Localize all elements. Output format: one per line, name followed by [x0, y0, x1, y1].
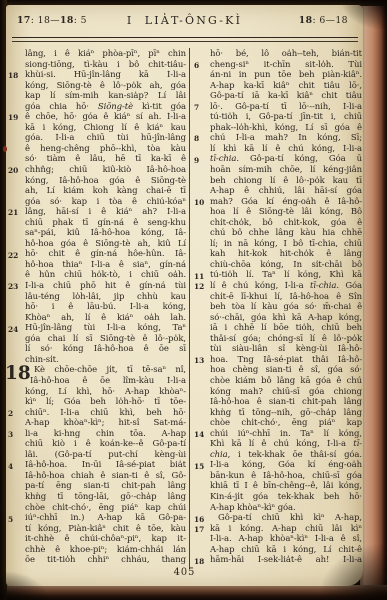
- text-line: li-a ki-hng chin tōa. A-hap: [25, 429, 186, 440]
- text-line: hoa chèng sian-ti ê sî, góa só·: [210, 365, 362, 376]
- photo-corner-shadow: [317, 542, 387, 600]
- text-line: Kin-á-ji̍t góa tek-khak beh hō·: [210, 492, 362, 503]
- verse-number: 5: [8, 515, 25, 525]
- text-line: hoān sím-mih chōe, lí kéng-jiân: [210, 165, 362, 176]
- verse-number: 8: [194, 134, 211, 144]
- verse-number: 2: [8, 409, 25, 419]
- text-line: ê chōe, hō· góa ê kiáⁿ sí ah. Í-li-a: [25, 112, 186, 123]
- text-line: chú bô chhe lâng kàu hia chhē: [210, 228, 362, 239]
- text-line: lí ê chú kóng, Í-li-a tī-chia. Góa: [210, 281, 362, 292]
- book-page: 17: 18—18: 5 I LIA̍T-ÔNG-KÌ 18: 6—18 lân…: [6, 5, 363, 586]
- text-line: A-hap ê chhiú, lâi hāi-sí góa: [210, 186, 362, 197]
- verse-number: 21: [8, 208, 25, 218]
- text-line: ê hûn chiū ho̍k-tò, i chiū oa̍h.: [25, 270, 186, 281]
- text-line: Gô-pa-tí iā ka-kī kiâⁿ chit tiâu: [210, 91, 362, 102]
- text-line: kā i kóng, Chiong lí ê kiáⁿ kau: [25, 123, 186, 134]
- text-column-right: hō· bé, lô oa̍h--teh, bián-tit6cheng-siⁿ…: [210, 49, 362, 566]
- verse-number: 23: [8, 282, 25, 292]
- verse-number: 16: [194, 515, 211, 525]
- verse-number: 18: [194, 557, 211, 567]
- text-line: pa-tí ēng sian-ti chit-pah lâng: [25, 481, 186, 492]
- text-line: A-hap khòaⁿ-kìⁿ góa.: [210, 503, 362, 514]
- verse-number: 4: [8, 462, 25, 472]
- text-line: chòe chi̍t-chó·, ēng piáⁿ kap chúi: [25, 503, 186, 514]
- text-line: góa chia hō· Siōng-tè kì-tit góa: [25, 102, 186, 113]
- photo-corner-shadow: [0, 570, 50, 600]
- photo-corner-shadow: [341, 0, 387, 30]
- text-line: lí; in nā kóng, I bô tī-chia, chiū: [210, 239, 362, 250]
- text-line: só·-chāi, góa khì kā A-hap kóng,: [210, 313, 362, 324]
- text-line: Khòaⁿ ah, lí ê kiáⁿ oa̍h lah.: [25, 313, 186, 324]
- text-line: góa chai lí sī Siōng-tè ê lô·-po̍k,: [25, 334, 186, 345]
- text-line: kóng mah? chiū-sī góa chiong: [210, 387, 362, 398]
- text-line: phak--lo̍h-khì, kóng, Lí sī góa ê: [210, 123, 362, 134]
- text-line: hô-hoa góa ê Siōng-tè ah, kiû Lí: [25, 239, 186, 250]
- text-line: Iâ-hô-hoa ê ōe lîm-kàu Í-li-a: [25, 376, 186, 387]
- text-line: Iâ-hô-hoa ê sian-ti chit-pah lâng: [210, 397, 362, 408]
- text-line: kóng, Siōng-tè ê lô·-po̍k ah, góa: [25, 81, 186, 92]
- scanned-book-photo: 17: 18—18: 5 I LIA̍T-ÔNG-KÌ 18: 6—18 lân…: [0, 0, 387, 600]
- text-line: ê heng-chêng phō--khì, tòa kàu: [25, 144, 186, 155]
- verse-number: 19: [8, 113, 25, 123]
- text-line: lâu-téng lo̍h-lâi, ji̍p chhù kau: [25, 292, 186, 303]
- text-line: Iâ-hô-hoa chiah ê sian-ti ê sî, Gô-: [25, 471, 186, 482]
- text-line: lâi. (Gô-pa-tí put-chí kèng-ùi: [25, 450, 186, 461]
- text-line: ōe tit-tio̍h chhiⁿ chháu, thang: [25, 555, 186, 566]
- text-line: kóng, Iâ-hô-hoa góa ê Siōng-tè: [25, 176, 186, 187]
- text-line: tī-chia. Gô-pa-tí kóng, Góa ū: [210, 154, 362, 165]
- text-line: chòe kiám bô lâng kā góa ê chú: [210, 376, 362, 387]
- text-line: beh tòa lí kàu góa só· m̄-chai ê: [210, 302, 362, 313]
- text-line: khiā tī I ê bīn-chêng--ê, lâi kóng,: [210, 481, 362, 492]
- chapter-number: 18: [5, 364, 31, 384]
- text-line: Gô-pa-tí chiū khì kìⁿ A-hap,: [210, 513, 362, 524]
- verse-number: 3: [8, 430, 25, 440]
- text-line: chi̍t-cho̍k, bô chi̍t-kok, góa ê: [210, 218, 362, 229]
- text-line: chhn̂g; chiū kiû-kiò Iâ-hô-hoa: [25, 165, 186, 176]
- text-line: chin-si̍t.: [25, 355, 186, 366]
- verse-number: 11: [194, 272, 211, 282]
- verse-number: 13: [194, 356, 211, 366]
- text-line: lâng, i ê kiáⁿ phòa-pīⁿ, pīⁿ chin: [25, 49, 186, 60]
- text-column-left: lâng, i ê kiáⁿ phòa-pīⁿ, pīⁿ chinsiong-t…: [25, 49, 186, 566]
- book-page-edges-right: [360, 0, 387, 600]
- text-line: cheng-siⁿ it-chīn sit-lo̍h. Tùi: [210, 60, 362, 71]
- text-line: chiū kiò i ê koán-ke--ê Gô-pa-tí: [25, 439, 186, 450]
- text-line: chhè ê khoe-piⁿ; kiám-chhái lán: [25, 545, 186, 556]
- text-line: hoa. Tng Iâ-sé-piat thâi Iâ-hô-: [210, 355, 362, 366]
- verse-number: 6: [194, 61, 211, 71]
- text-line: Iâ-hô-hoa. In-ūi Iâ-sé-piat bia̍t: [25, 460, 186, 471]
- text-line: lí khì kā lí ê chú kóng, Í-li-a: [210, 144, 362, 155]
- text-line: Hū-jîn-lâng tùi Í-li-a kóng, Taⁿ: [25, 323, 186, 334]
- text-line: iā i chhē lí bōe tio̍h, chiū beh: [210, 323, 362, 334]
- text-line: tí kóng, Piàn-kiâⁿ chit ê tōe, kàu: [25, 524, 186, 535]
- text-line: A-hap ka-kī kiâⁿ chit tiâu lō·,: [210, 81, 362, 92]
- ink-speck: [3, 146, 7, 152]
- text-line: A-hap khòaⁿ-kìⁿ; hit-sî Sat-má-: [25, 418, 186, 429]
- verse-number: 24: [8, 325, 25, 335]
- text-line: lō·. Gô-pa-tí tī lō·--nih, Í-li-a: [210, 102, 362, 113]
- text-line: góa só· kap i tòa ê chiú-kóaⁿ: [25, 197, 186, 208]
- text-line: Í-li-a chiū phō hit ê gín-ná tùi: [25, 281, 186, 292]
- text-line: tùi siàu-liân sî kèng-ùi Iâ-hô-: [210, 344, 362, 355]
- text-line: chia, i tek-khak ōe thâi-sí góa.: [210, 450, 362, 461]
- text-line: Í-li-a kóng, Góa kí éng-oa̍h: [210, 460, 362, 471]
- text-line: chú Í-li-a mah? Ìn kóng, Sī;: [210, 133, 362, 144]
- verse-number: 12: [194, 282, 211, 292]
- text-line: chòe chi̍t-chó·, ēng piáⁿ kap: [210, 418, 362, 429]
- text-line: chi̍t-ē lī-khui lí, Iâ-hô-hoa ê Sîn: [210, 292, 362, 303]
- header-double-rule: [12, 37, 358, 42]
- text-line: lí só· kóng Iâ-hô-hoa ê ōe sī: [25, 344, 186, 355]
- text-line: tú-tio̍h lí. Taⁿ lí kóng, Khì kā: [210, 270, 362, 281]
- text-line: bān-kun ê Iâ-hô-hoa, chiū-sī góa: [210, 471, 362, 482]
- text-line: thâi-sí góa; chóng-sī lí ê lô·-po̍k: [210, 334, 362, 345]
- text-line: siong-tiōng, tì-kàu i bô chit-tiâu-: [25, 60, 186, 71]
- text-line: kìⁿ lí; Góa beh lo̍h-hō· tī tōe-: [25, 397, 186, 408]
- text-line: it-chhè ê chúi-chôaⁿ-piⁿ, kap it-: [25, 534, 186, 545]
- text-line: iúⁿ-chhī in.) A-hap kā Gô-pa-: [25, 513, 186, 524]
- text-line: chiūⁿ. Í-li-a chiū khì, beh hō·: [25, 408, 186, 419]
- text-line: só· tiàm ê lâu, hē tī ka-kī ê: [25, 154, 186, 165]
- text-line: tú-tio̍h i, Gô-pa-tí jīn-tit i, chiū: [210, 112, 362, 123]
- text-line: chiū phak tī gín-ná ê seng-khu: [25, 218, 186, 229]
- text-line: hō· i ê lāu-bú. Í-li-a kóng,: [25, 302, 186, 313]
- text-line: kóng, Lí khì, hō· A-hap khòaⁿ-: [25, 387, 186, 398]
- text-line: mah? Góa kí éng-oa̍h ê Iâ-hô-: [210, 197, 362, 208]
- page-number: 405: [6, 567, 363, 578]
- verse-number: 10: [194, 198, 211, 208]
- text-line: hô-hoa thiaⁿ Í-li-a ê siaⁿ, gín-ná: [25, 260, 186, 271]
- text-line: góa. Í-li-a chiū tùi hū-jîn-lâng: [25, 133, 186, 144]
- text-line: lâng, hāi-sí i ê kiáⁿ ah? Í-li-a: [25, 207, 186, 218]
- text-line: Kè chōe-chōe ji̍t, tī tē-saⁿ nî,: [25, 365, 186, 376]
- verse-number: 20: [8, 166, 25, 176]
- verse-number: 15: [194, 462, 211, 472]
- text-line: ah, Lí kiám koh kàng chai-ē tī: [25, 186, 186, 197]
- verse-number: 18: [8, 71, 25, 81]
- text-line: khǹg tī tōng-lāi, gō·-cha̍p lâng: [25, 492, 186, 503]
- text-line: chúi iúⁿ-chhī in. Taⁿ lí kóng,: [210, 429, 362, 440]
- text-line: kā i kóng. A-hap chiū lâi kìⁿ: [210, 524, 362, 535]
- verse-number: 7: [194, 103, 211, 113]
- text-line: án-ni in pun tōe beh piàn-kiâⁿ.: [210, 70, 362, 81]
- verse-number: 17: [194, 525, 211, 535]
- verse-number: 22: [8, 251, 25, 261]
- text-line: saⁿ-pái, kiû Iâ-hô-hoa kóng, Iâ-: [25, 228, 186, 239]
- text-line: hoa lí ê Siōng-tè lâi kóng, Bô: [210, 207, 362, 218]
- text-line: chiù-chōa kóng, In si̍t-chāi bô: [210, 260, 362, 271]
- column-divider: [189, 48, 190, 569]
- verse-number: 14: [194, 430, 211, 440]
- text-line: kah hit-kok hit-cho̍k ê lâng: [210, 249, 362, 260]
- text-line: kap lí sím-mih kan-sia̍p? Lí lâi: [25, 91, 186, 102]
- text-line: hō· chit ê gín-ná hôe-hûn. Iâ-: [25, 249, 186, 260]
- text-line: khùi-si. Hū-jîn-lâng kā Í-li-a: [25, 70, 186, 81]
- text-line: hō· bé, lô oa̍h--teh, bián-tit: [210, 49, 362, 60]
- text-line: beh chiong lí ê lô·-po̍k kau tī: [210, 176, 362, 187]
- text-line: Khì kā lí ê chú kóng, Í-li-a tī-: [210, 439, 362, 450]
- text-line: khǹg tī tōng--nih, gō·-cha̍p lâng: [210, 408, 362, 419]
- verse-number: 9: [194, 156, 211, 166]
